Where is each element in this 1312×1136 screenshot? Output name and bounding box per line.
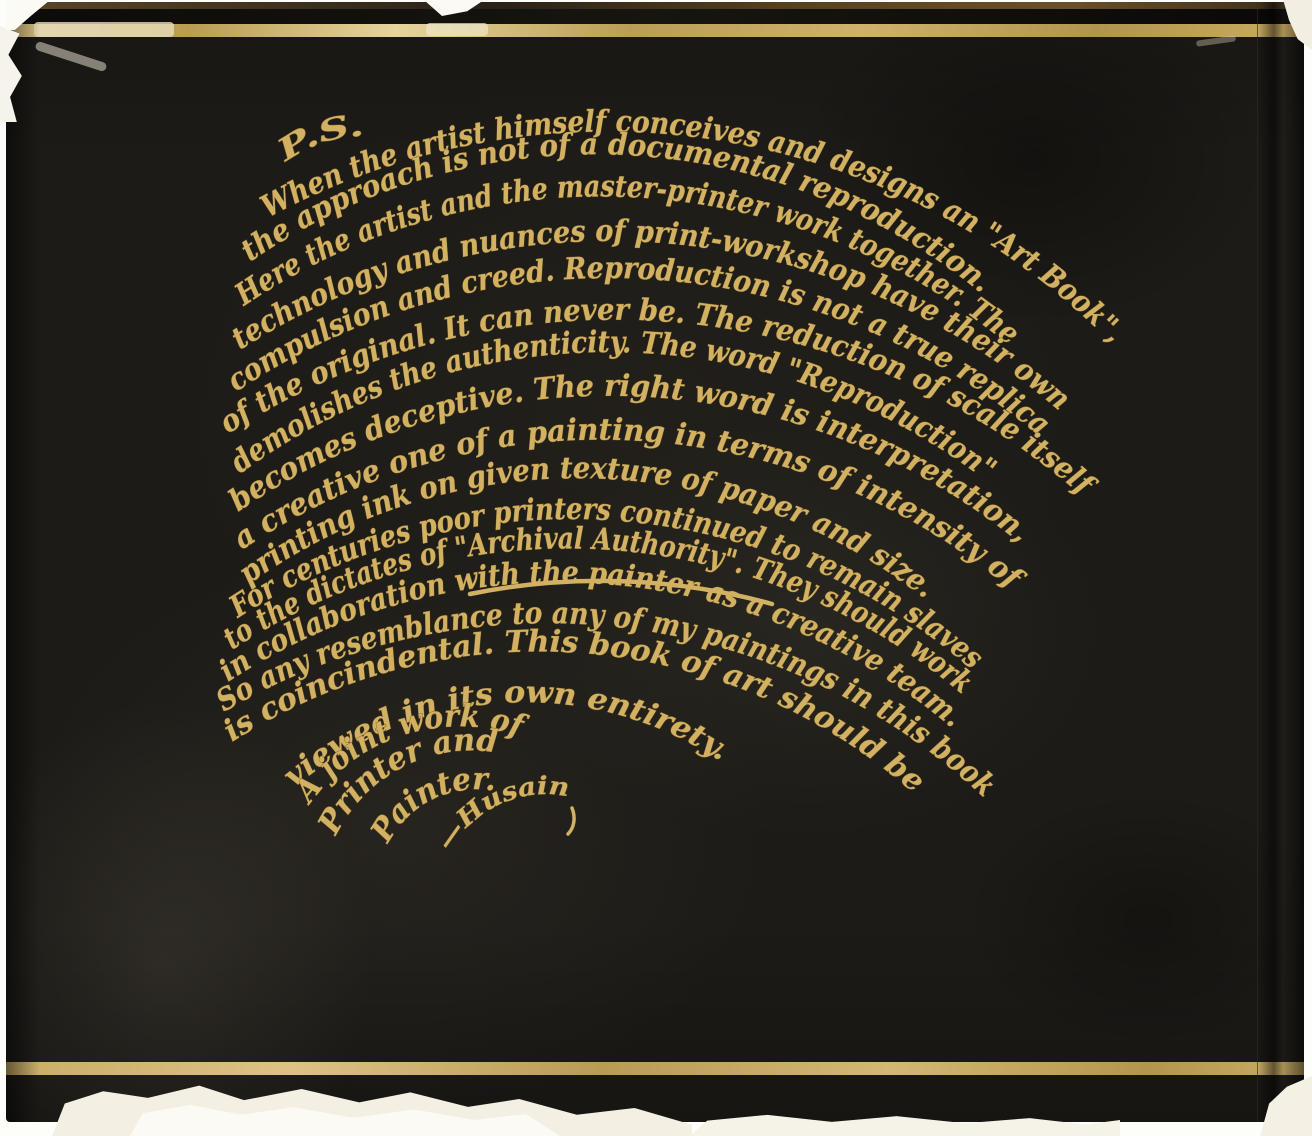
photograph-of-book-back-cover: P.S.When the artist himself conceives an… <box>0 0 1312 1136</box>
artist-signature: —Husain <box>430 771 571 855</box>
signature-flourish <box>568 808 574 834</box>
handwritten-gold-inscription: P.S.When the artist himself conceives an… <box>0 0 1312 1136</box>
